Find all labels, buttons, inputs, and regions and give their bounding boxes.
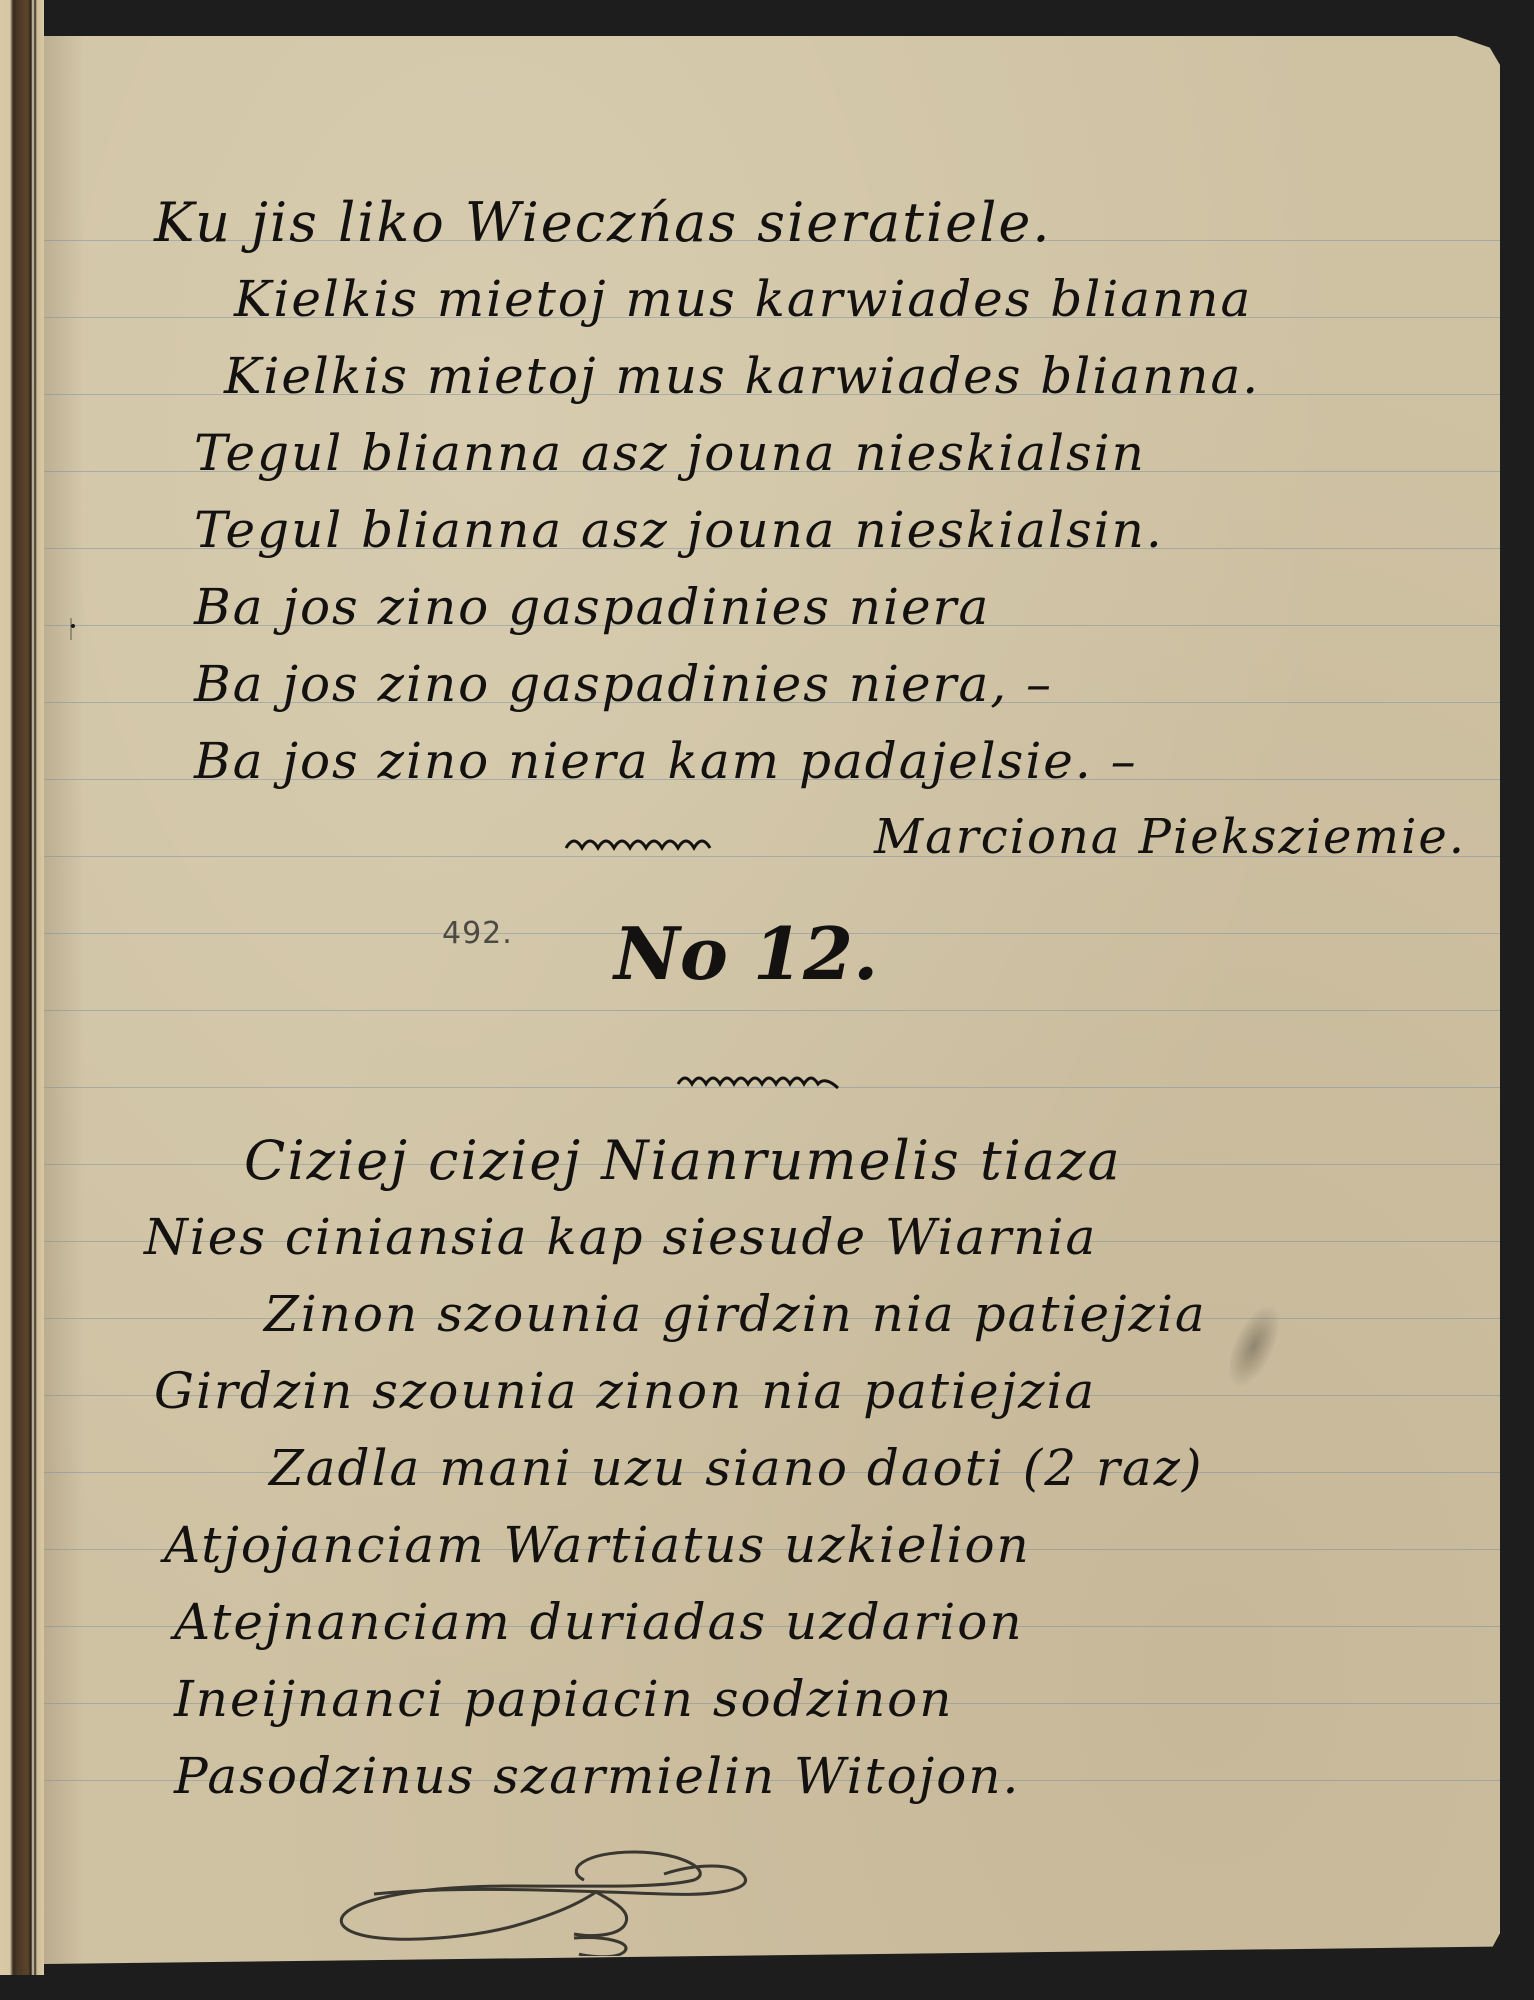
- margin-ink-dot: [71, 624, 75, 628]
- verse-line: Tegul blianna asz jouna nieskialsin.: [194, 505, 1164, 555]
- verse-line: Atjojanciam Wartiatus uzkielion: [164, 1520, 1031, 1570]
- decorative-flourish-icon: [334, 1846, 854, 1956]
- verse-line: Tegul blianna asz jouna nieskialsin: [194, 428, 1146, 478]
- ink-smudge: [1217, 1297, 1291, 1395]
- verse-line: Nies ciniansia kap siesude Wiarnia: [144, 1212, 1097, 1262]
- verse-line: Ba jos zino gaspadinies niera, –: [194, 659, 1053, 709]
- ruled-line: [44, 1010, 1500, 1011]
- verse-line: Pasodzinus szarmielin Witojon.: [174, 1751, 1020, 1801]
- scanned-manuscript: Ku jis liko Wieczńas sieratiele. Kielkis…: [0, 0, 1534, 2000]
- verse-line: Girdzin szounia zinon nia patiejzia: [154, 1366, 1096, 1416]
- heading-wavy-underline: [674, 1068, 844, 1092]
- verse-line: Zadla mani uzu siano daoti (2 raz): [269, 1443, 1204, 1493]
- verse-line: Ku jis liko Wieczńas sieratiele.: [154, 196, 1052, 250]
- margin-pencil-mark: [70, 618, 72, 640]
- song-number-heading: No 12.: [614, 911, 878, 996]
- verse-line: Zinon szounia girdzin nia patiejzia: [264, 1289, 1207, 1339]
- signature-wavy-dash: [564, 826, 724, 856]
- verse-line: Ciziej ciziej Nianrumelis tiaza: [244, 1134, 1122, 1188]
- archive-number: 492.: [442, 916, 513, 951]
- verse-line: Ba jos zino gaspadinies niera: [194, 582, 990, 632]
- verse-line: Kielkis mietoj mus karwiades blianna: [234, 274, 1252, 324]
- verse-line: Kielkis mietoj mus karwiades blianna.: [224, 351, 1260, 401]
- verse-line: Ba jos zino niera kam padajelsie. –: [194, 736, 1138, 786]
- notebook-page: Ku jis liko Wieczńas sieratiele. Kielkis…: [44, 36, 1500, 1964]
- page-gutter-shadow: [44, 36, 84, 1964]
- verse-line: Ineijnanci papiacin sodzinon: [174, 1674, 953, 1724]
- signature: Marciona Pieksziemie.: [874, 813, 1466, 861]
- book-binding-edge: [0, 0, 44, 1975]
- verse-line: Atejnanciam duriadas uzdarion: [174, 1597, 1024, 1647]
